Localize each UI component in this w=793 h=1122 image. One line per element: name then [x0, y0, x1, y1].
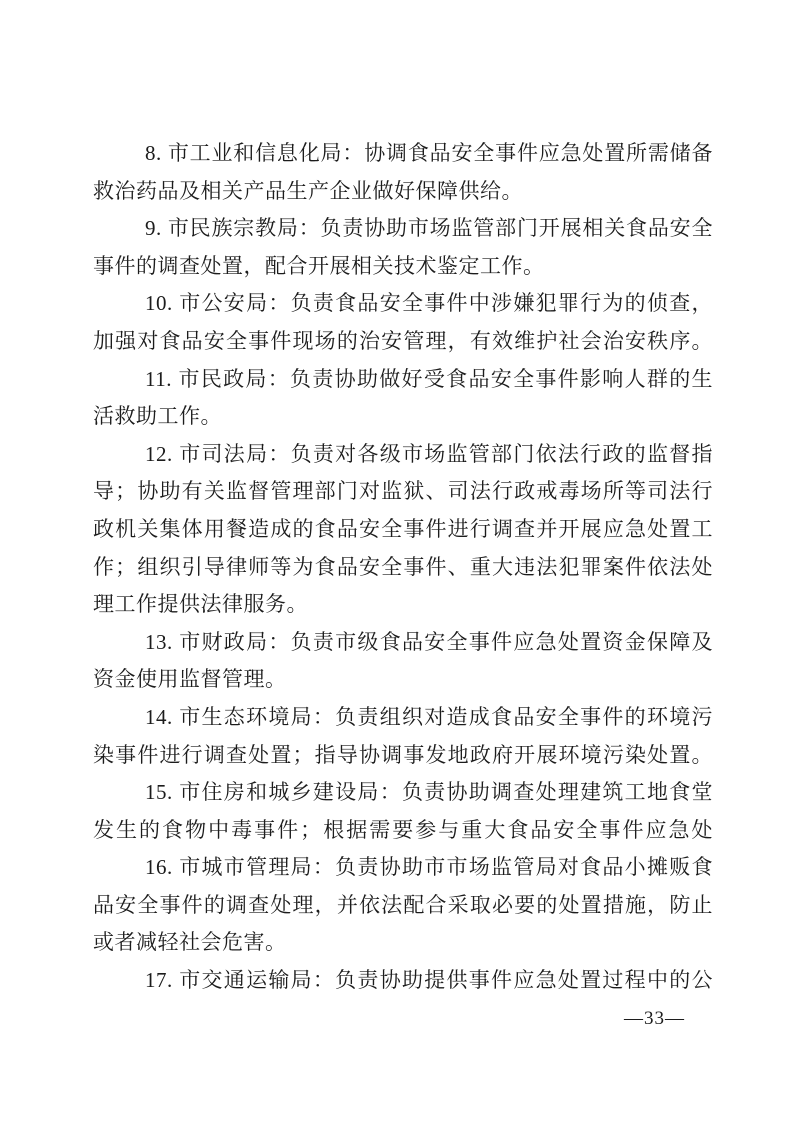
- paragraph-item-12: 12. 市司法局：负责对各级市场监管部门依法行政的监督指 导；协助有关监督管理部…: [93, 436, 713, 624]
- paragraph-item-8: 8. 市工业和信息化局：协调食品安全事件应急处置所需储备 救治药品及相关产品生产…: [93, 135, 713, 210]
- text-line: 发生的食物中毒事件；根据需要参与重大食品安全事件应急处置。: [93, 812, 713, 850]
- text-line: 政机关集体用餐造成的食品安全事件进行调查并开展应急处置工: [93, 511, 713, 549]
- paragraph-item-17: 17. 市交通运输局：负责协助提供事件应急处置过程中的公: [93, 962, 713, 1000]
- paragraph-item-15: 15. 市住房和城乡建设局：负责协助调查处理建筑工地食堂 发生的食物中毒事件；根…: [93, 774, 713, 849]
- paragraph-item-11: 11. 市民政局：负责协助做好受食品安全事件影响人群的生 活救助工作。: [93, 361, 713, 436]
- document-page: 8. 市工业和信息化局：协调食品安全事件应急处置所需储备 救治药品及相关产品生产…: [0, 0, 793, 1122]
- text-line: 12. 市司法局：负责对各级市场监管部门依法行政的监督指: [93, 436, 713, 474]
- paragraph-item-10: 10. 市公安局：负责食品安全事件中涉嫌犯罪行为的侦查， 加强对食品安全事件现场…: [93, 285, 713, 360]
- text-line: 14. 市生态环境局：负责组织对造成食品安全事件的环境污: [93, 699, 713, 737]
- page-number: —33—: [624, 1006, 685, 1032]
- text-line: 加强对食品安全事件现场的治安管理，有效维护社会治安秩序。: [93, 323, 713, 361]
- text-line: 10. 市公安局：负责食品安全事件中涉嫌犯罪行为的侦查，: [93, 285, 713, 323]
- paragraph-item-16: 16. 市城市管理局：负责协助市市场监管局对食品小摊贩食 品安全事件的调查处理，…: [93, 849, 713, 962]
- paragraph-item-9: 9. 市民族宗教局：负责协助市场监管部门开展相关食品安全 事件的调查处置，配合开…: [93, 210, 713, 285]
- document-body: 8. 市工业和信息化局：协调食品安全事件应急处置所需储备 救治药品及相关产品生产…: [93, 135, 713, 1000]
- text-line: 事件的调查处置，配合开展相关技术鉴定工作。: [93, 248, 713, 286]
- paragraph-item-14: 14. 市生态环境局：负责组织对造成食品安全事件的环境污 染事件进行调查处置；指…: [93, 699, 713, 774]
- text-line: 15. 市住房和城乡建设局：负责协助调查处理建筑工地食堂: [93, 774, 713, 812]
- text-line: 导；协助有关监督管理部门对监狱、司法行政戒毒场所等司法行: [93, 473, 713, 511]
- text-line: 作；组织引导律师等为食品安全事件、重大违法犯罪案件依法处: [93, 549, 713, 587]
- text-line: 16. 市城市管理局：负责协助市市场监管局对食品小摊贩食: [93, 849, 713, 887]
- text-line: 理工作提供法律服务。: [93, 586, 713, 624]
- text-line: 资金使用监督管理。: [93, 661, 713, 699]
- text-line: 8. 市工业和信息化局：协调食品安全事件应急处置所需储备: [93, 135, 713, 173]
- text-line: 9. 市民族宗教局：负责协助市场监管部门开展相关食品安全: [93, 210, 713, 248]
- text-line: 13. 市财政局：负责市级食品安全事件应急处置资金保障及: [93, 624, 713, 662]
- text-line: 品安全事件的调查处理，并依法配合采取必要的处置措施，防止: [93, 887, 713, 925]
- paragraph-item-13: 13. 市财政局：负责市级食品安全事件应急处置资金保障及 资金使用监督管理。: [93, 624, 713, 699]
- text-line: 染事件进行调查处置；指导协调事发地政府开展环境污染处置。: [93, 737, 713, 775]
- text-line: 17. 市交通运输局：负责协助提供事件应急处置过程中的公: [93, 962, 713, 1000]
- text-line: 11. 市民政局：负责协助做好受食品安全事件影响人群的生: [93, 361, 713, 399]
- text-line: 或者减轻社会危害。: [93, 924, 713, 962]
- text-line: 活救助工作。: [93, 398, 713, 436]
- text-line: 救治药品及相关产品生产企业做好保障供给。: [93, 173, 713, 211]
